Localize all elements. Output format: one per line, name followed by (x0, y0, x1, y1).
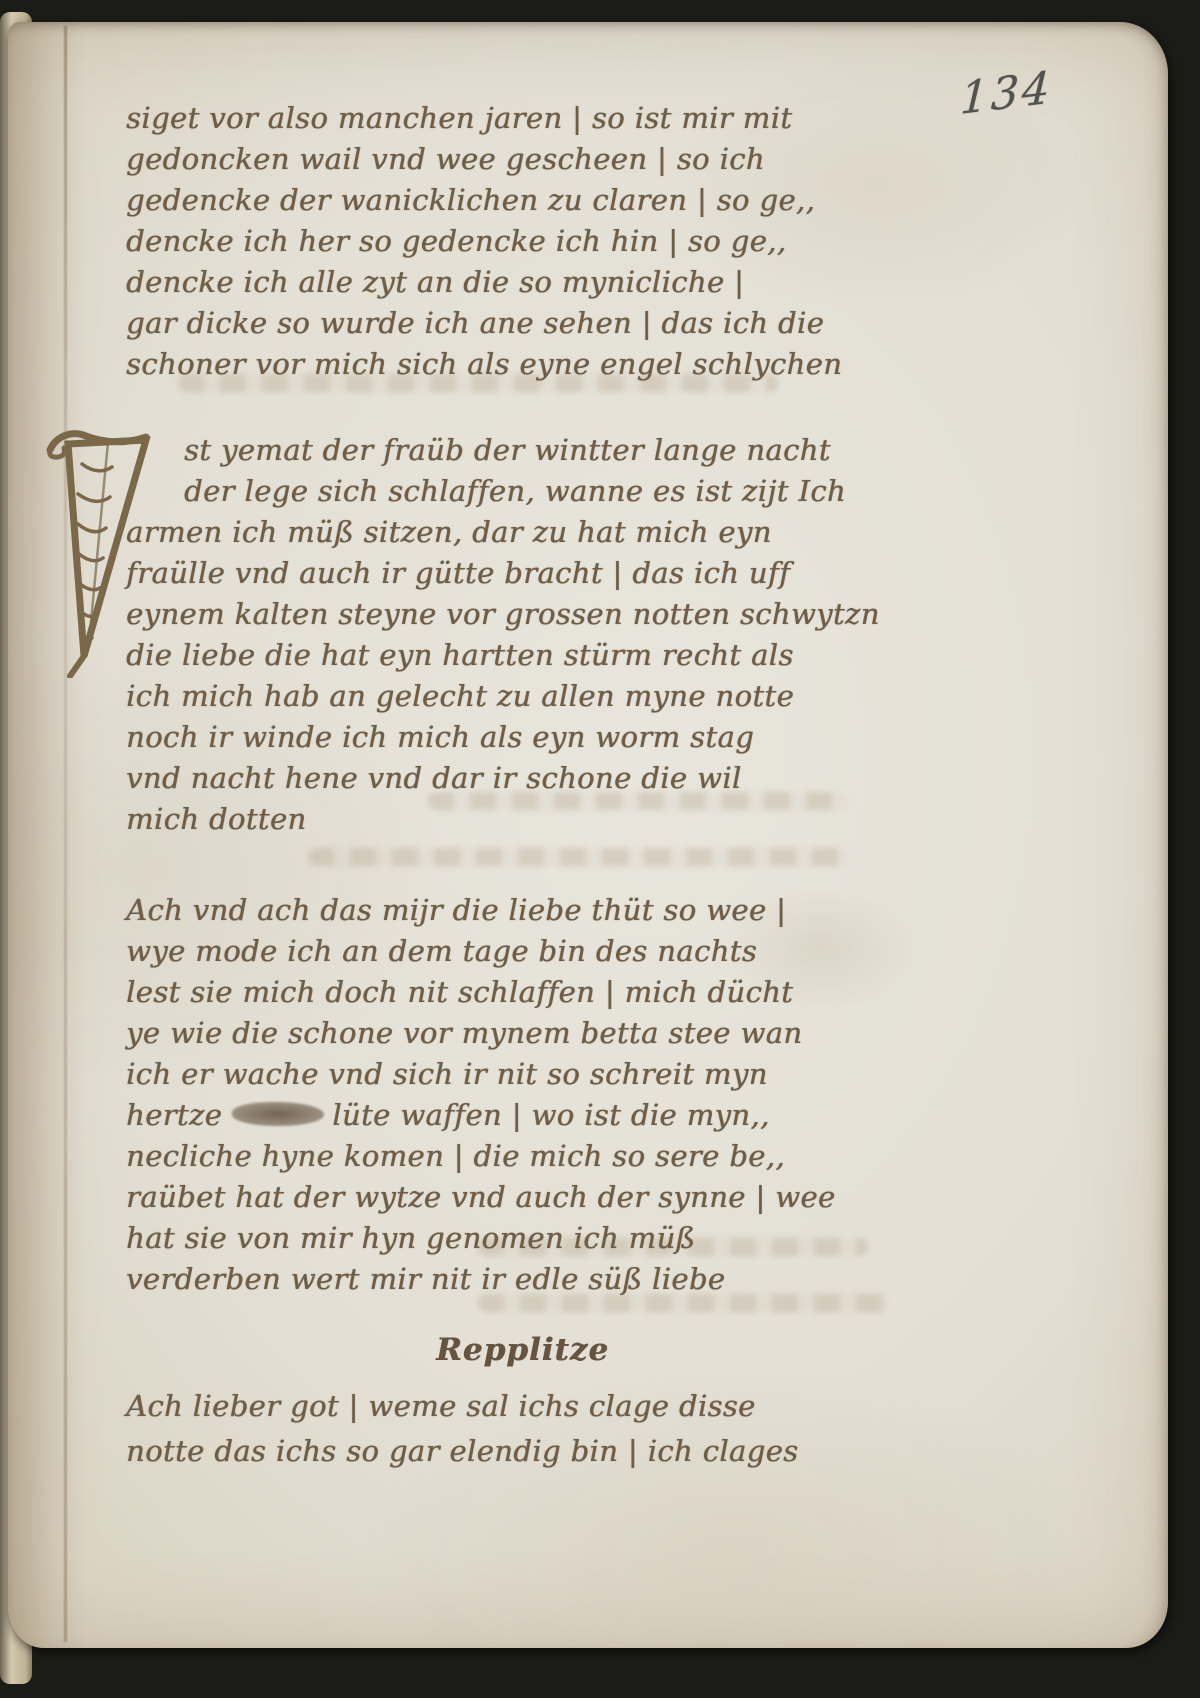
text-line: mich dotten (126, 799, 938, 840)
section-heading: Repplitze (436, 1332, 609, 1368)
text-line: vnd nacht hene vnd dar ir schone die wil (126, 758, 938, 799)
binding-gutter-shadow (8, 22, 86, 1648)
text-line: die liebe die hat eyn hartten stürm rech… (126, 635, 938, 676)
text-line-with-strikeout: hertzelüte waffen | wo ist die myn,, (126, 1095, 938, 1136)
text-line: gedoncken wail vnd wee gescheen | so ich (126, 139, 938, 180)
text-line: necliche hyne komen | die mich so sere b… (126, 1136, 938, 1177)
gutter-crease-line (64, 26, 67, 1642)
bleed-through-line (308, 848, 848, 866)
text-line: ye wie die schone vor mynem betta stee w… (126, 1013, 938, 1054)
text-line: notte das ichs so gar elendig bin | ich … (126, 1429, 938, 1474)
text-line: schoner vor mich sich als eyne engel sch… (126, 344, 938, 385)
text-line: gedencke der wanicklichen zu claren | so… (126, 180, 938, 221)
text-line: gar dicke so wurde ich ane sehen | das i… (126, 303, 938, 344)
text-line: raübet hat der wytze vnd auch der synne … (126, 1177, 938, 1218)
text-line: wye mode ich an dem tage bin des nachts (126, 931, 938, 972)
text-line: hat sie von mir hyn genomen ich müß (126, 1218, 938, 1259)
text-line: verderben wert mir nit ir edle süß liebe (126, 1259, 938, 1300)
paragraph-4: Ach lieber got | weme sal ichs clage dis… (126, 1384, 938, 1474)
text-segment: hertze (126, 1098, 222, 1132)
strikeout-smudge (232, 1102, 324, 1126)
text-line: lest sie mich doch nit schlaffen | mich … (126, 972, 938, 1013)
text-line: ich mich hab an gelecht zu allen myne no… (126, 676, 938, 717)
text-line: eynem kalten steyne vor grossen notten s… (126, 594, 938, 635)
text-segment: lüte waffen | wo ist die myn,, (332, 1098, 769, 1132)
text-line: Ach lieber got | weme sal ichs clage dis… (126, 1384, 938, 1429)
text-line: armen ich müß sitzen, dar zu hat mich ey… (126, 512, 938, 553)
text-line: fraülle vnd auch ir gütte bracht | das i… (126, 553, 938, 594)
paragraph-1: siget vor also manchen jaren | so ist mi… (126, 98, 938, 385)
text-line: der lege sich schlaffen, wanne es ist zi… (126, 471, 938, 512)
text-line: st yemat der fraüb der wintter lange nac… (126, 430, 938, 471)
manuscript-photo: 134 siget vor also manchen jaren | so is… (0, 0, 1200, 1698)
paragraph-3: Ach vnd ach das mijr die liebe thüt so w… (126, 890, 938, 1300)
text-line: dencke ich alle zyt an die so mynicliche… (126, 262, 938, 303)
text-line: Ach vnd ach das mijr die liebe thüt so w… (126, 890, 938, 931)
text-line: ich er wache vnd sich ir nit so schreit … (126, 1054, 938, 1095)
paragraph-2: st yemat der fraüb der wintter lange nac… (126, 430, 938, 840)
parchment-page: 134 siget vor also manchen jaren | so is… (8, 22, 1168, 1648)
text-line: siget vor also manchen jaren | so ist mi… (126, 98, 938, 139)
folio-number: 134 (959, 62, 1054, 125)
text-line: noch ir winde ich mich als eyn worm stag (126, 717, 938, 758)
text-line: dencke ich her so gedencke ich hin | so … (126, 221, 938, 262)
